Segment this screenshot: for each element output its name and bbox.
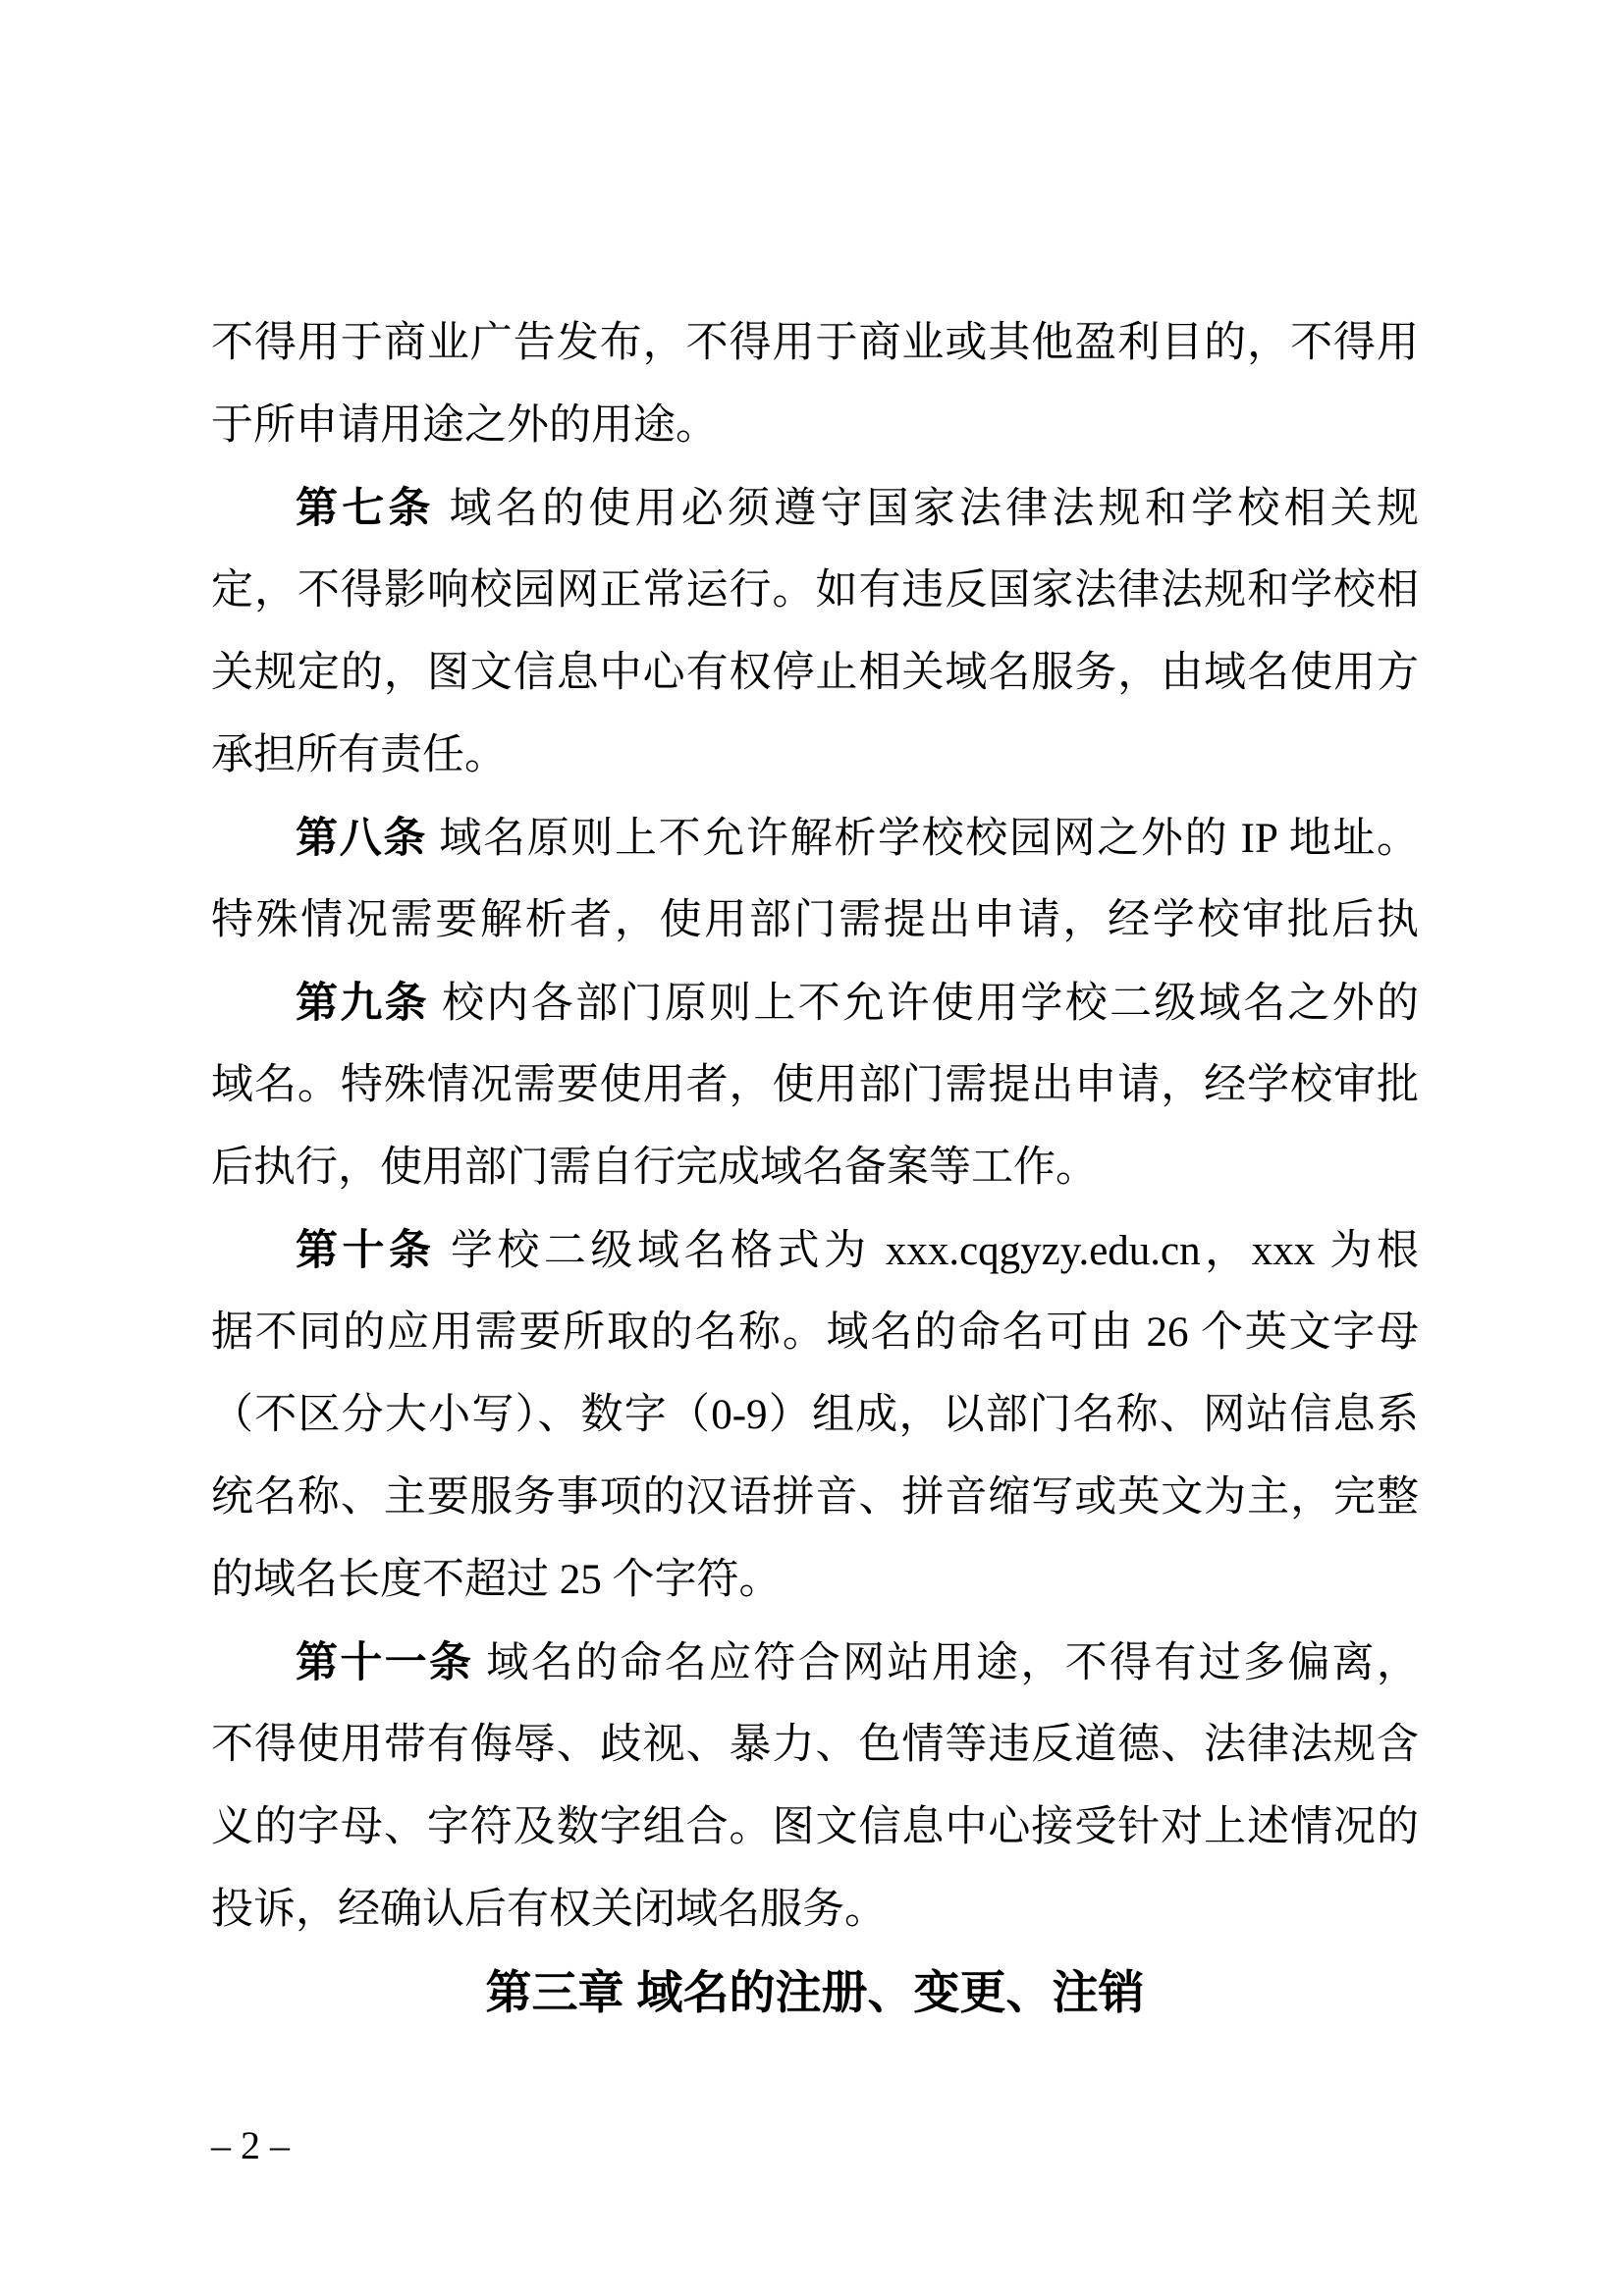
text-line-article-11: 第十一条 域名的命名应符合网站用途，不得有过多偏离， [211, 1622, 1419, 1704]
text-line: 不得用于商业广告发布，不得用于商业或其他盈利目的，不得用 [211, 302, 1419, 385]
text-line: 于所申请用途之外的用途。 [211, 385, 1419, 467]
line-text: 的域名长度不超过 25 个字符。 [211, 1557, 782, 1603]
line-text: 投诉，经确认后有权关闭域名服务。 [211, 1887, 887, 1933]
line-text: 后执行，使用部门需自行完成域名备案等工作。 [211, 1145, 1098, 1191]
text-line: 定，不得影响校园网正常运行。如有违反国家法律法规和学校相 [211, 550, 1419, 632]
line-text: 承担所有责任。 [211, 732, 507, 778]
article-label: 第九条 [296, 980, 429, 1027]
text-line-article-7: 第七条 域名的使用必须遵守国家法律法规和学校相关规 [211, 467, 1419, 550]
line-text: 域名的命名应符合网站用途，不得有过多偏离， [473, 1640, 1419, 1686]
line-text: 统名称、主要服务事项的汉语拼音、拼音缩写或英文为主，完整 [211, 1474, 1419, 1521]
text-line-article-9: 第九条 校内各部门原则上不允许使用学校二级域名之外的 [211, 962, 1419, 1044]
text-line: 据不同的应用需要所取的名称。域名的命名可由 26 个英文字母 [211, 1292, 1419, 1374]
text-line: 投诉，经确认后有权关闭域名服务。 [211, 1869, 1419, 1951]
chapter-heading: 第三章 域名的注册、变更、注销 [211, 1951, 1419, 2034]
page-number: – 2 – [211, 2116, 290, 2175]
text-line: 承担所有责任。 [211, 715, 1419, 797]
text-line: 后执行，使用部门需自行完成域名备案等工作。 [211, 1127, 1419, 1209]
line-text: 域名。特殊情况需要使用者，使用部门需提出申请，经学校审批 [211, 1062, 1419, 1108]
article-label: 第十一条 [296, 1639, 473, 1686]
line-text: 义的字母、字符及数字组合。图文信息中心接受针对上述情况的 [211, 1804, 1419, 1850]
article-label: 第十条 [296, 1227, 436, 1274]
line-text: （不区分大小写）、数字（0-9）组成，以部门名称、网站信息系 [211, 1392, 1419, 1438]
text-block: 不得用于商业广告发布，不得用于商业或其他盈利目的，不得用 于所申请用途之外的用途… [211, 302, 1419, 2034]
text-line: 不得使用带有侮辱、歧视、暴力、色情等违反道德、法律法规含 [211, 1704, 1419, 1787]
line-text: 于所申请用途之外的用途。 [211, 402, 718, 449]
text-line-article-8: 第八条 域名原则上不允许解析学校校园网之外的 IP 地址。 [211, 797, 1419, 880]
line-text: 定，不得影响校园网正常运行。如有违反国家法律法规和学校相 [211, 567, 1419, 614]
document-page: 不得用于商业广告发布，不得用于商业或其他盈利目的，不得用 于所申请用途之外的用途… [0, 0, 1624, 2296]
line-text: 学校二级域名格式为 xxx.cqgyzy.edu.cn，xxx 为根 [436, 1228, 1419, 1274]
text-line: 域名。特殊情况需要使用者，使用部门需提出申请，经学校审批 [211, 1044, 1419, 1127]
line-text: 不得用于商业广告发布，不得用于商业或其他盈利目的，不得用 [211, 320, 1419, 366]
text-line: 关规定的，图文信息中心有权停止相关域名服务，由域名使用方 [211, 632, 1419, 715]
line-text: 校内各部门原则上不允许使用学校二级域名之外的 [429, 981, 1419, 1027]
line-text: 不得使用带有侮辱、歧视、暴力、色情等违反道德、法律法规含 [211, 1722, 1419, 1768]
article-label: 第七条 [296, 485, 435, 532]
text-line-article-10: 第十条 学校二级域名格式为 xxx.cqgyzy.edu.cn，xxx 为根 [211, 1209, 1419, 1292]
text-line: 的域名长度不超过 25 个字符。 [211, 1539, 1419, 1622]
line-text: 据不同的应用需要所取的名称。域名的命名可由 26 个英文字母 [211, 1309, 1419, 1356]
text-line: 特殊情况需要解析者，使用部门需提出申请，经学校审批后执行。 [211, 880, 1419, 962]
line-text: 域名的使用必须遵守国家法律法规和学校相关规 [435, 486, 1419, 532]
text-line: 统名称、主要服务事项的汉语拼音、拼音缩写或英文为主，完整 [211, 1457, 1419, 1539]
text-line: （不区分大小写）、数字（0-9）组成，以部门名称、网站信息系 [211, 1374, 1419, 1457]
line-text: 域名原则上不允许解析学校校园网之外的 IP 地址。 [427, 816, 1419, 862]
line-text: 特殊情况需要解析者，使用部门需提出申请，经学校审批后执行。 [211, 897, 1419, 962]
text-line: 义的字母、字符及数字组合。图文信息中心接受针对上述情况的 [211, 1787, 1419, 1869]
article-label: 第八条 [296, 815, 427, 862]
line-text: 关规定的，图文信息中心有权停止相关域名服务，由域名使用方 [211, 650, 1419, 696]
